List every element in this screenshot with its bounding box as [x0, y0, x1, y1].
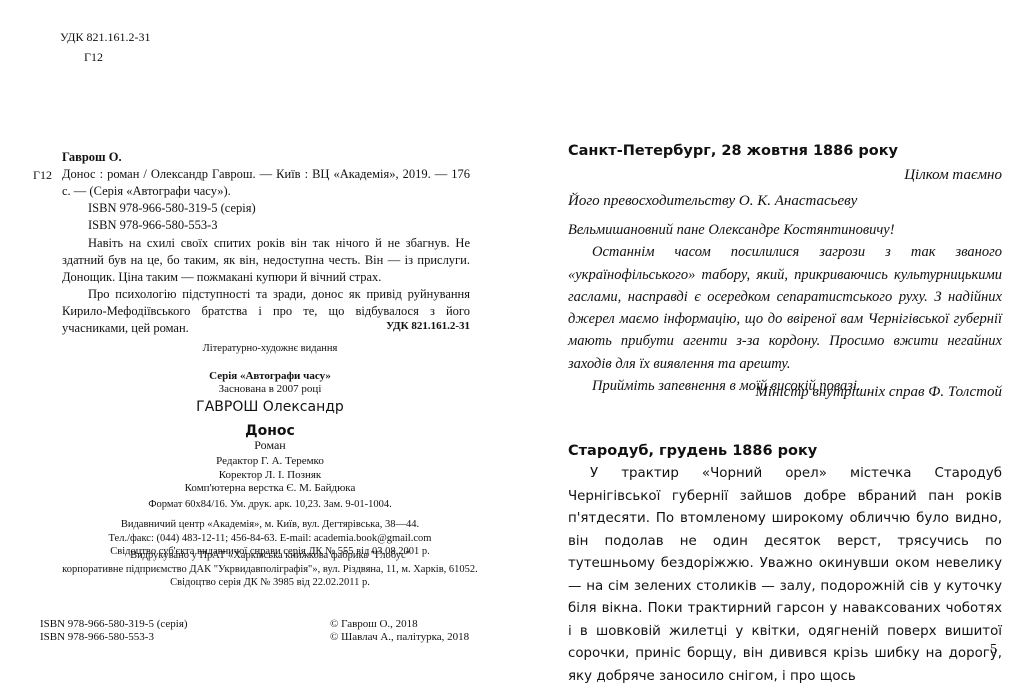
printer-address: корпоративне підприємство ДАК "Укрвидавп…	[60, 563, 480, 577]
author-sign-side: Г12	[33, 168, 52, 183]
author-heading: Гаврош О.	[62, 150, 122, 165]
chapter-heading-starodub: Стародуб, грудень 1886 року	[568, 443, 817, 459]
edition-type: Літературно-художнє видання	[120, 343, 420, 354]
story-paragraph: У трактир «Чорний орел» містечка Староду…	[568, 463, 1002, 688]
series-title: Серія «Автографи часу»	[120, 369, 420, 383]
annotation-paragraph: Навіть на схилі своїх спитих років він т…	[62, 235, 470, 286]
credits: Редактор Г. А. Теремко Коректор Л. І. По…	[120, 455, 420, 496]
isbn-bottom: ISBN 978-966-580-319-5 (серія) ISBN 978-…	[40, 618, 188, 644]
copyright: © Гаврош О., 2018 © Шавлач А., палітурка…	[330, 618, 469, 644]
copyright-author: © Гаврош О., 2018	[330, 618, 469, 631]
letter-signature: Міністр внутрішніх справ Ф. Толстой	[568, 384, 1002, 401]
author-full-name: ГАВРОШ Олександр	[120, 399, 420, 415]
bibliographic-description: Донос : роман / Олександр Гаврош. — Київ…	[62, 166, 470, 200]
book-genre: Роман	[120, 438, 420, 453]
printer-certificate: Свідоцтво серія ДК № 3985 від 22.02.2011…	[60, 576, 480, 590]
chapter-heading-petersburg: Санкт-Петербург, 28 жовтня 1886 року	[568, 143, 898, 159]
isbn: ISBN 978-966-580-553-3	[62, 217, 470, 234]
udk-code-right: УДК 821.161.2-31	[62, 320, 470, 332]
publisher-contacts: Тел./факс: (044) 483-12-11; 456-84-63. E…	[80, 532, 460, 546]
letter-addressee: Його превосходительству О. К. Анастасьев…	[568, 193, 857, 210]
isbn-series-bottom: ISBN 978-966-580-319-5 (серія)	[40, 618, 188, 631]
credit-layout: Комп'ютерна верстка Є. М. Байдюка	[120, 482, 420, 496]
classification-mark: Цілком таємно	[568, 167, 1002, 184]
series-founded: Заснована в 2007 році	[120, 383, 420, 395]
left-page-imprint: УДК 821.161.2-31 Г12 Гаврош О. Г12 Донос…	[0, 0, 520, 690]
story-text: У трактир «Чорний орел» містечка Староду…	[568, 463, 1002, 688]
printer-info: Видрукувано у ПрАТ «Харківська книжкова …	[60, 549, 480, 590]
isbn-series: ISBN 978-966-580-319-5 (серія)	[62, 200, 470, 217]
right-page-text: Санкт-Петербург, 28 жовтня 1886 року Ціл…	[520, 0, 1024, 690]
copyright-cover: © Шавлач А., палітурка, 2018	[330, 631, 469, 644]
credit-proofreader: Коректор Л. І. Позняк	[120, 469, 420, 483]
letter: Вельмишановний пане Олександре Костянтин…	[568, 219, 1002, 397]
letter-body: Останнім часом посилилися загрози з так …	[568, 241, 1002, 375]
udk-code-top: УДК 821.161.2-31	[60, 30, 150, 45]
credit-editor: Редактор Г. А. Теремко	[120, 455, 420, 469]
print-format: Формат 60x84/16. Ум. друк. арк. 10,23. З…	[120, 499, 420, 510]
bibliographic-record: Донос : роман / Олександр Гаврош. — Київ…	[62, 166, 470, 234]
author-sign-top: Г12	[84, 50, 103, 65]
printer-name: Видрукувано у ПрАТ «Харківська книжкова …	[60, 549, 480, 563]
letter-salutation: Вельмишановний пане Олександре Костянтин…	[568, 219, 1002, 241]
page-number: 5	[990, 642, 997, 658]
isbn-book-bottom: ISBN 978-966-580-553-3	[40, 631, 188, 644]
publisher-address: Видавничий центр «Академія», м. Київ, ву…	[80, 518, 460, 532]
book-title: Донос	[120, 423, 420, 439]
